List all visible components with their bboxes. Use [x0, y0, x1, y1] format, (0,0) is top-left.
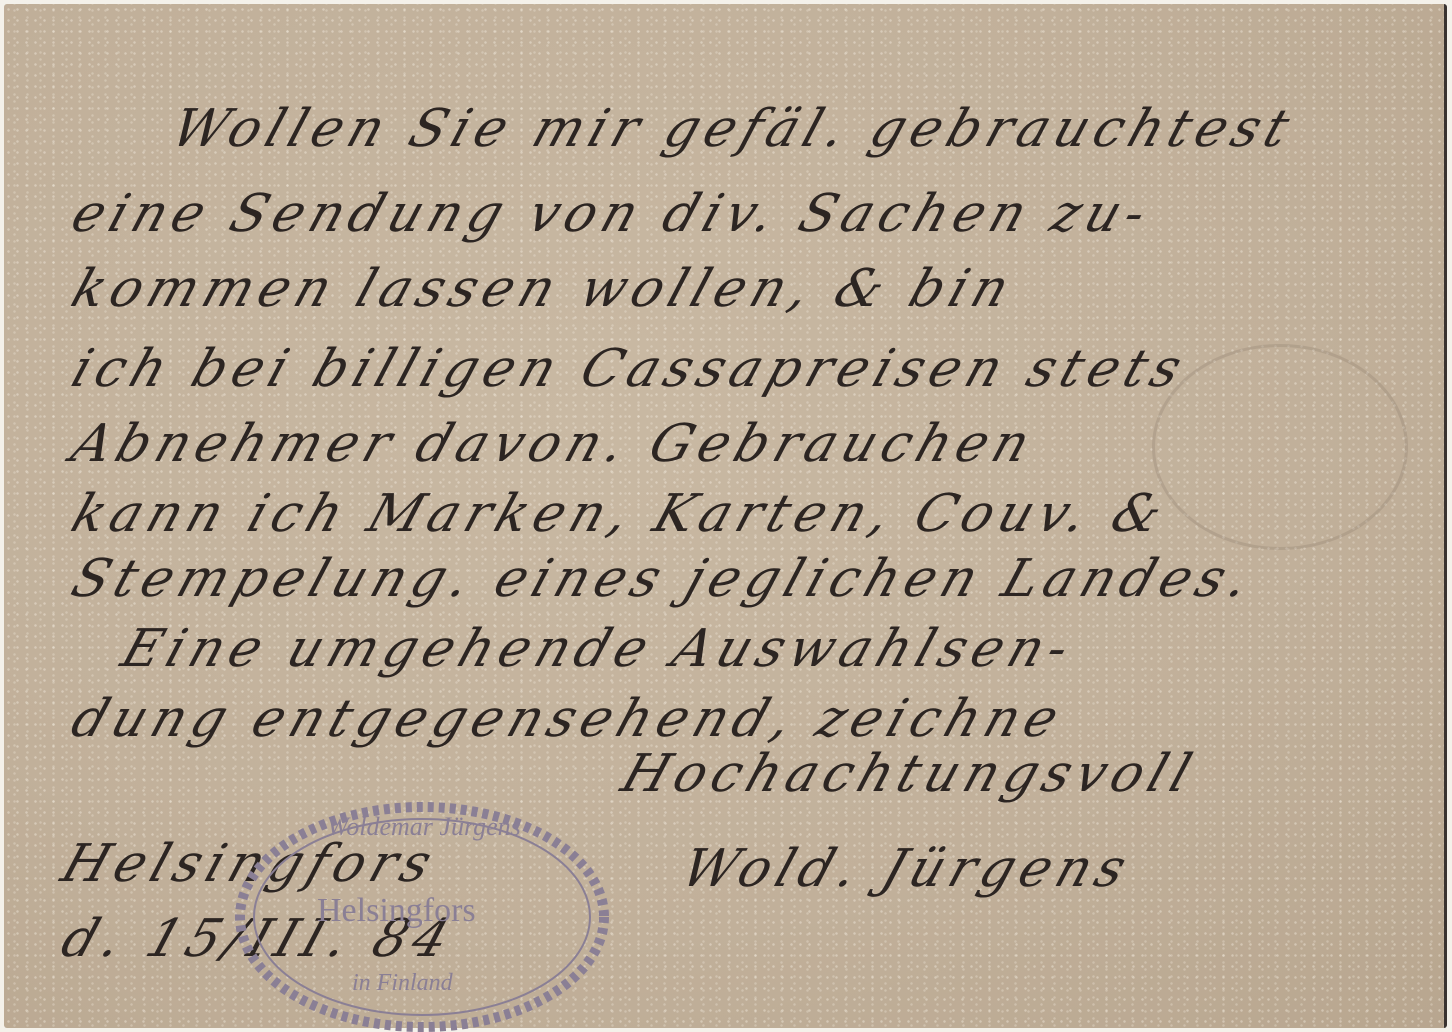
letter-line-7: Stempelung. eines jeglichen Landes. [64, 549, 1262, 609]
letter-line-8: Eine umgehende Auswahlsen- [114, 619, 1082, 679]
letter-line-9: dung entgegensehend, zeichne [64, 689, 1072, 749]
letter-line-4: ich bei billigen Cassapreisen stets [64, 339, 1195, 399]
seal-top-text: Woldemar Jürgens [327, 812, 521, 842]
letter-line-1: Wollen Sie mir gefäl. gebrauchtest [164, 99, 1302, 159]
letter-line-3: kommen lassen wollen, & bin [64, 259, 1022, 319]
company-seal: Woldemar Jürgens Helsingfors in Finland [232, 802, 612, 1032]
postcard: Wollen Sie mir gefäl. gebrauchtest eine … [4, 4, 1447, 1028]
signature: Wold. Jürgens [674, 839, 1139, 899]
closing-line: Hochachtungsvoll [614, 744, 1204, 804]
faint-postmark [1152, 344, 1408, 550]
seal-center-text: Helsingfors [317, 892, 476, 930]
letter-line-5: Abnehmer davon. Gebrauchen [64, 414, 1043, 474]
seal-bottom-text: in Finland [352, 970, 453, 997]
letter-line-6: kann ich Marken, Karten, Couv. & [64, 484, 1175, 544]
letter-line-2: eine Sendung von div. Sachen zu- [64, 184, 1159, 244]
